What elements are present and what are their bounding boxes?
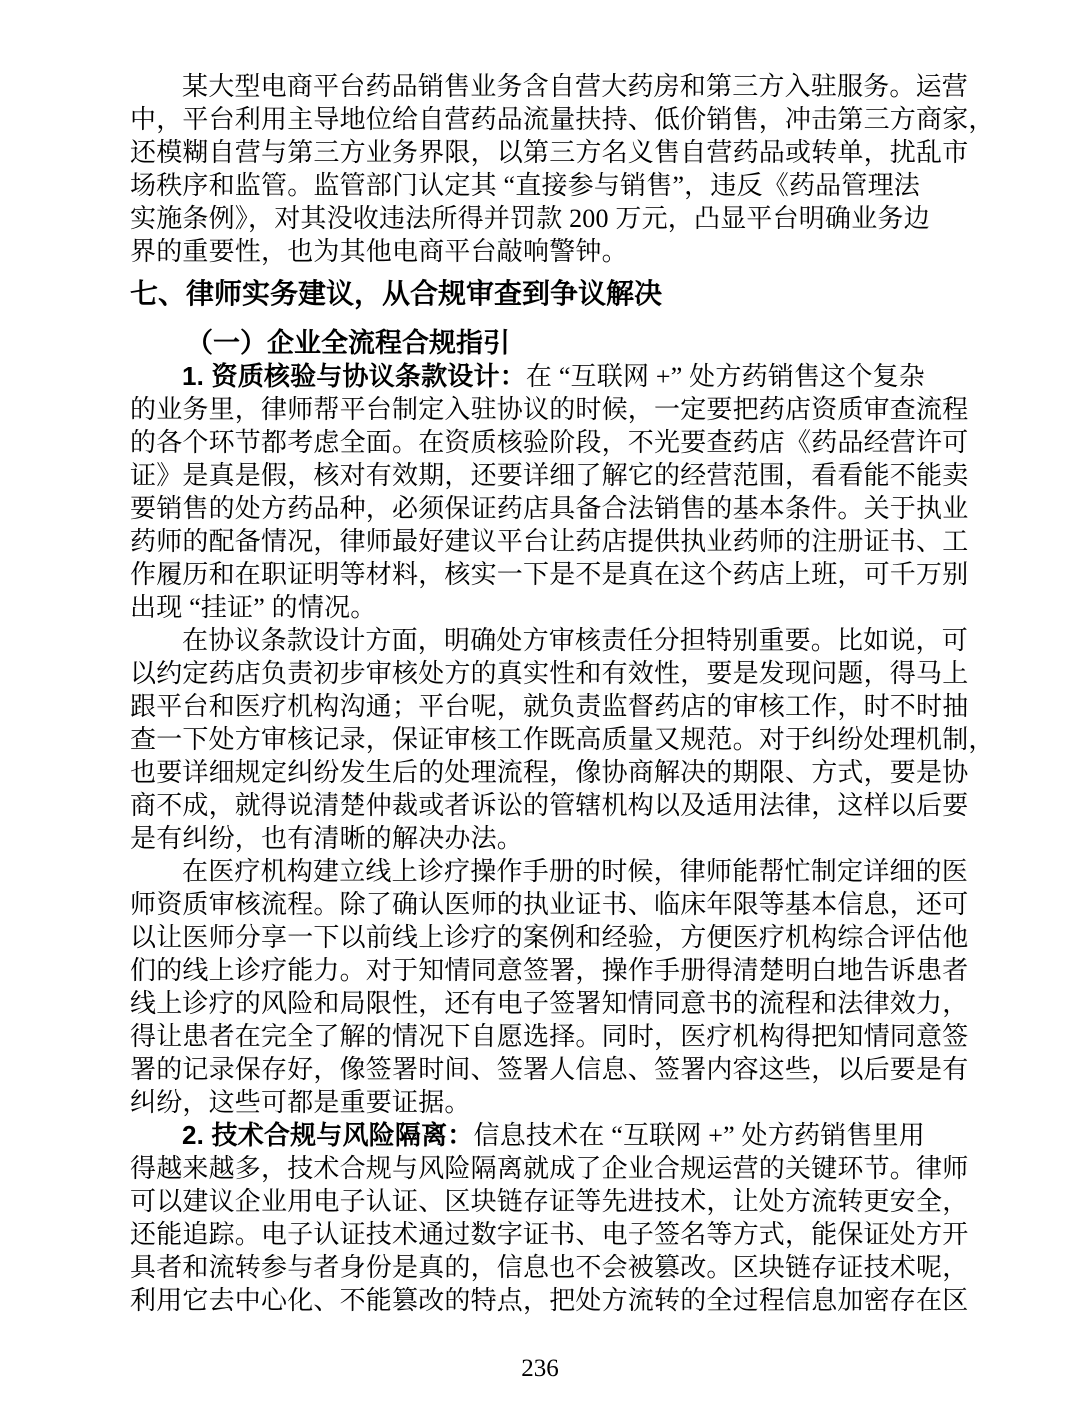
paragraph: 2. 技术合规与风险隔离：信息技术在 “互联网 +” 处方药销售里用得越来越多，… [130, 1119, 966, 1317]
text-run: 场秩序和监管。监管部门认定其 “直接参与销售”，违反《药品管理法 [130, 171, 920, 200]
text-run: 以约定药店负责初步审核处方的真实性和有效性，要是发现问题，得马上 [130, 659, 968, 688]
text-line: 界的重要性，也为其他电商平台敲响警钟。 [130, 235, 966, 268]
text-line: 纠纷，这些可都是重要证据。 [130, 1086, 966, 1119]
text-run: 中，平台利用主导地位给自营药品流量扶持、低价销售，冲击第三方商家， [130, 105, 995, 134]
text-line: 某大型电商平台药品销售业务含自营大药房和第三方入驻服务。运营 [130, 70, 966, 103]
subsection-heading: （一）企业全流程合规指引 [130, 327, 966, 360]
paragraph: 1. 资质核验与协议条款设计：在 “互联网 +” 处方药销售这个复杂的业务里，律… [130, 360, 966, 624]
text-line: 跟平台和医疗机构沟通；平台呢，就负责监督药店的审核工作，时不时抽 [130, 690, 966, 723]
text-run: 署的记录保存好，像签署时间、签署人信息、签署内容这些，以后要是有 [130, 1055, 968, 1084]
text-line: 们的线上诊疗能力。对于知情同意签署，操作手册得清楚明白地告诉患者 [130, 954, 966, 987]
text-run: 具者和流转参与者身份是真的，信息也不会被篡改。区块链存证技术呢， [130, 1253, 968, 1282]
text-line: 得越来越多，技术合规与风险隔离就成了企业合规运营的关键环节。律师 [130, 1152, 966, 1185]
page-footer: 236 [0, 1352, 1080, 1385]
text-line: 要销售的处方药品种，必须保证药店具备合法销售的基本条件。关于执业 [130, 492, 966, 525]
text-run: 在 “互联网 +” 处方药销售这个复杂 [526, 362, 925, 391]
text-line: 的各个环节都考虑全面。在资质核验阶段，不光要查药店《药品经营许可 [130, 426, 966, 459]
text-run: 是有纠纷，也有清晰的解决办法。 [130, 824, 523, 853]
text-line: 师资质审核流程。除了确认医师的执业证书、临床年限等基本信息，还可 [130, 888, 966, 921]
text-run: 还模糊自营与第三方业务界限，以第三方名义售自营药品或转单，扰乱市 [130, 138, 968, 167]
text-run: 实施条例》，对其没收违法所得并罚款 200 万元，凸显平台明确业务边 [130, 204, 930, 233]
text-run: 作履历和在职证明等材料，核实一下是不是真在这个药店上班，可千万别 [130, 560, 968, 589]
text-run: 证》是真是假，核对有效期，还要详细了解它的经营范围，看看能不能卖 [130, 461, 968, 490]
text-run: 利用它去中心化、不能篡改的特点，把处方流转的全过程信息加密存在区 [130, 1286, 968, 1315]
text-line: 具者和流转参与者身份是真的，信息也不会被篡改。区块链存证技术呢， [130, 1251, 966, 1284]
text-run: 跟平台和医疗机构沟通；平台呢，就负责监督药店的审核工作，时不时抽 [130, 692, 968, 721]
paragraph: 在医疗机构建立线上诊疗操作手册的时候，律师能帮忙制定详细的医师资质审核流程。除了… [130, 855, 966, 1119]
text-run: 以让医师分享一下以前线上诊疗的案例和经验，方便医疗机构综合评估他 [130, 923, 968, 952]
text-run: 可以建议企业用电子认证、区块链存证等先进技术，让处方流转更安全， [130, 1187, 968, 1216]
text-line: 场秩序和监管。监管部门认定其 “直接参与销售”，违反《药品管理法 [130, 169, 966, 202]
paragraph: 某大型电商平台药品销售业务含自营大药房和第三方入驻服务。运营中，平台利用主导地位… [130, 70, 966, 268]
text-line: 是有纠纷，也有清晰的解决办法。 [130, 822, 966, 855]
text-line: 商不成，就得说清楚仲裁或者诉讼的管辖机构以及适用法律，这样以后要 [130, 789, 966, 822]
text-run: 药师的配备情况，律师最好建议平台让药店提供执业药师的注册证书、工 [130, 527, 968, 556]
text-line: 以让医师分享一下以前线上诊疗的案例和经验，方便医疗机构综合评估他 [130, 921, 966, 954]
bold-run: 1. 资质核验与协议条款设计： [182, 361, 526, 391]
page-number: 236 [521, 1355, 559, 1382]
text-line: 查一下处方审核记录，保证审核工作既高质量又规范。对于纠纷处理机制， [130, 723, 966, 756]
text-run: 要销售的处方药品种，必须保证药店具备合法销售的基本条件。关于执业 [130, 494, 968, 523]
text-line: 作履历和在职证明等材料，核实一下是不是真在这个药店上班，可千万别 [130, 558, 966, 591]
text-run: 师资质审核流程。除了确认医师的执业证书、临床年限等基本信息，还可 [130, 890, 968, 919]
text-line: 证》是真是假，核对有效期，还要详细了解它的经营范围，看看能不能卖 [130, 459, 966, 492]
text-run: 在医疗机构建立线上诊疗操作手册的时候，律师能帮忙制定详细的医 [182, 857, 968, 886]
text-line: 还模糊自营与第三方业务界限，以第三方名义售自营药品或转单，扰乱市 [130, 136, 966, 169]
text-run: 得让患者在完全了解的情况下自愿选择。同时，医疗机构得把知情同意签 [130, 1022, 968, 1051]
text-line: 可以建议企业用电子认证、区块链存证等先进技术，让处方流转更安全， [130, 1185, 966, 1218]
text-line: 还能追踪。电子认证技术通过数字证书、电子签名等方式，能保证处方开 [130, 1218, 966, 1251]
text-line: 中，平台利用主导地位给自营药品流量扶持、低价销售，冲击第三方商家， [130, 103, 966, 136]
text-line: 利用它去中心化、不能篡改的特点，把处方流转的全过程信息加密存在区 [130, 1284, 966, 1317]
text-run: 查一下处方审核记录，保证审核工作既高质量又规范。对于纠纷处理机制， [130, 725, 995, 754]
text-line: 线上诊疗的风险和局限性，还有电子签署知情同意书的流程和法律效力， [130, 987, 966, 1020]
section-heading: 七、律师实务建议，从合规审查到争议解决 [130, 274, 966, 314]
text-line: 以约定药店负责初步审核处方的真实性和有效性，要是发现问题，得马上 [130, 657, 966, 690]
text-run: 的各个环节都考虑全面。在资质核验阶段，不光要查药店《药品经营许可 [130, 428, 968, 457]
text-run: 界的重要性，也为其他电商平台敲响警钟。 [130, 237, 628, 266]
text-line: 实施条例》，对其没收违法所得并罚款 200 万元，凸显平台明确业务边 [130, 202, 966, 235]
text-line: 在医疗机构建立线上诊疗操作手册的时候，律师能帮忙制定详细的医 [130, 855, 966, 888]
text-run: 某大型电商平台药品销售业务含自营大药房和第三方入驻服务。运营 [182, 72, 968, 101]
document-page: 某大型电商平台药品销售业务含自营大药房和第三方入驻服务。运营中，平台利用主导地位… [0, 0, 1080, 1424]
text-run: 出现 “挂证” 的情况。 [130, 593, 376, 622]
text-run: 的业务里，律师帮平台制定入驻协议的时候，一定要把药店资质审查流程 [130, 395, 968, 424]
text-run: 得越来越多，技术合规与风险隔离就成了企业合规运营的关键环节。律师 [130, 1154, 968, 1183]
text-line: 药师的配备情况，律师最好建议平台让药店提供执业药师的注册证书、工 [130, 525, 966, 558]
text-line: 得让患者在完全了解的情况下自愿选择。同时，医疗机构得把知情同意签 [130, 1020, 966, 1053]
text-run: 纠纷，这些可都是重要证据。 [130, 1088, 471, 1117]
text-run: 商不成，就得说清楚仲裁或者诉讼的管辖机构以及适用法律，这样以后要 [130, 791, 968, 820]
document-content: 某大型电商平台药品销售业务含自营大药房和第三方入驻服务。运营中，平台利用主导地位… [130, 70, 966, 1317]
text-run: 在协议条款设计方面，明确处方审核责任分担特别重要。比如说，可 [182, 626, 968, 655]
bold-run: 2. 技术合规与风险隔离： [182, 1120, 474, 1150]
paragraph: 在协议条款设计方面，明确处方审核责任分担特别重要。比如说，可以约定药店负责初步审… [130, 624, 966, 855]
text-line: 的业务里，律师帮平台制定入驻协议的时候，一定要把药店资质审查流程 [130, 393, 966, 426]
text-run: 也要详细规定纠纷发生后的处理流程，像协商解决的期限、方式，要是协 [130, 758, 968, 787]
text-line: 出现 “挂证” 的情况。 [130, 591, 966, 624]
text-run: 信息技术在 “互联网 +” 处方药销售里用 [474, 1121, 925, 1150]
text-line: 署的记录保存好，像签署时间、签署人信息、签署内容这些，以后要是有 [130, 1053, 966, 1086]
text-line: 2. 技术合规与风险隔离：信息技术在 “互联网 +” 处方药销售里用 [130, 1119, 966, 1152]
text-run: 们的线上诊疗能力。对于知情同意签署，操作手册得清楚明白地告诉患者 [130, 956, 968, 985]
text-line: 1. 资质核验与协议条款设计：在 “互联网 +” 处方药销售这个复杂 [130, 360, 966, 393]
text-line: 在协议条款设计方面，明确处方审核责任分担特别重要。比如说，可 [130, 624, 966, 657]
text-run: 还能追踪。电子认证技术通过数字证书、电子签名等方式，能保证处方开 [130, 1220, 968, 1249]
text-run: 线上诊疗的风险和局限性，还有电子签署知情同意书的流程和法律效力， [130, 989, 968, 1018]
text-line: 也要详细规定纠纷发生后的处理流程，像协商解决的期限、方式，要是协 [130, 756, 966, 789]
